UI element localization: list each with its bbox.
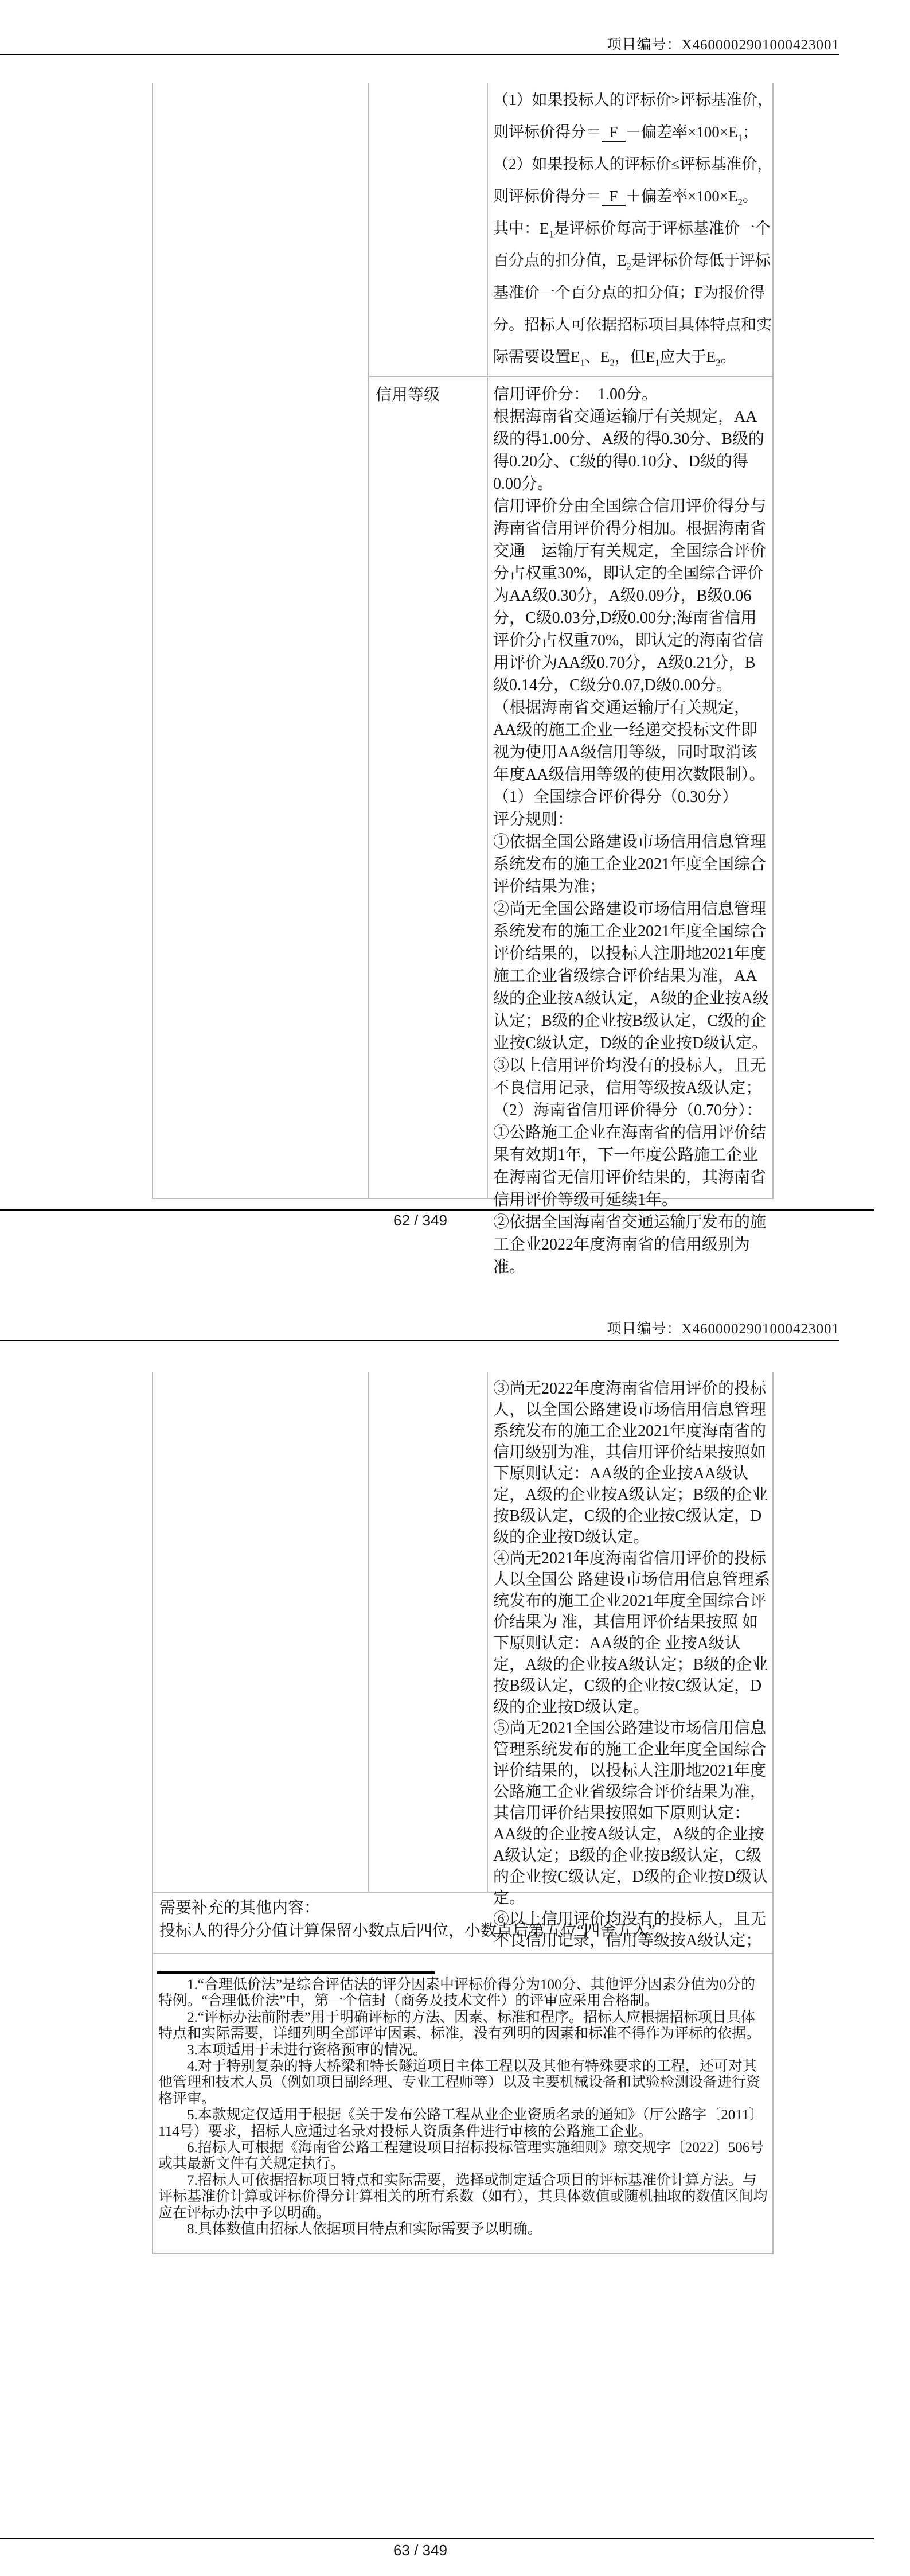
formula-subscript: 1 [580, 357, 585, 368]
formula-run: 是评标价每低于评标 [631, 252, 771, 269]
formula-line: 则评标价得分＝ F －偏差率×100×E1； [493, 116, 770, 148]
formula-run: －偏差率×100×E [626, 123, 737, 141]
paragraph: 7.招标人可依据招标项目特点和实际需要，选择或制定适合项目的评标基准价计算方法。… [158, 2173, 768, 2221]
table2-border-left [152, 1372, 153, 1892]
paragraph: 信用评价分： 1.00分。 [493, 383, 771, 406]
table1-row-divider [368, 376, 774, 377]
formula-underlined-term: F [602, 123, 626, 141]
table2-lower-border-left [152, 1892, 153, 2253]
notes-cell: 1.“合理低价法”是综合评估法的评分因素中评标价得分为100分、其他评分因素分值… [158, 1977, 768, 2238]
formula-run: ，但E [615, 348, 655, 365]
formula-subscript: 2 [610, 357, 614, 368]
paragraph: 4.对于特别复杂的特大桥梁和特长隧道项目主体工程以及其他有特殊要求的工程，还可对… [158, 2059, 768, 2107]
table1-border-left [152, 83, 153, 1198]
table2-border-col3 [487, 1372, 488, 1892]
formula-subscript: 2 [627, 260, 631, 271]
formula-line: 则评标价得分＝ F ＋偏差率×100×E2。 [493, 180, 770, 212]
page2-number: 63 / 349 [363, 2542, 478, 2559]
paragraph: 根据海南省交通运输厅有关规定，AA级的得1.00分、A级的得0.30分、B级的得… [493, 406, 771, 495]
paragraph: （根据海南省交通运输厅有关规定，AA级的施工企业一经递交投标文件即视为使用AA级… [493, 696, 771, 786]
formula-run: 。 [721, 348, 736, 365]
formula-underlined-term: F [602, 188, 626, 205]
page1-header-project-number: 项目编号：X4600002901000423001 [516, 33, 839, 54]
paragraph: 信用评价分由全国综合信用评价得分与海南省信用评价得分相加。根据海南省交通 运输厅… [493, 495, 771, 696]
formula-subscript: 2 [737, 196, 742, 207]
formula-subscript: 1 [549, 228, 554, 239]
supplement-cell: 需要补充的其他内容： 投标人的得分分值计算保留小数点后四位，小数点后第五位“四舍… [159, 1897, 744, 1943]
formula-line: 百分点的扣分值，E2是评标价每低于评标 [493, 244, 770, 277]
formula-subscript: 2 [716, 357, 720, 368]
table2-border-bottom [152, 2253, 774, 2254]
formula-line: （2）如果投标人的评标价≤评标基准价， [493, 148, 770, 180]
paragraph: 5.本款规定仅适用于根据《关于发布公路工程从业企业资质名录的通知》（厅公路字〔2… [158, 2107, 768, 2140]
paragraph: 评分规则： [493, 808, 771, 831]
paragraph: ①公路施工企业在海南省的信用评价结果有效期1年，下一年度公路施工企业在海南省无信… [493, 1122, 771, 1211]
paragraph: ④尚无2021年度海南省信用评价的投标人以全国公 路建设市场信用信息管理系统发布… [493, 1548, 771, 1718]
formula-run: 则评标价得分＝ [493, 123, 602, 141]
paragraph: ⑤尚无2021全国公路建设市场信用信息管理系统发布的施工企业年度全国综合评价结果… [493, 1718, 771, 1909]
formula-run: 分。招标人可依据招标项目具体特点和实 [493, 316, 772, 333]
credit-rating-cell-continued: ③尚无2022年度海南省信用评价的投标人，以全国公路建设市场信用信息管理系统发布… [493, 1378, 771, 1951]
paragraph: 2.“评标办法前附表”用于明确评标的方法、因素、标准和程序。招标人应根据招标项目… [158, 2010, 768, 2042]
notes-separator-bar [157, 1971, 435, 1974]
formula-run: 是评标价每高于评标基准价一个 [554, 220, 771, 237]
formula-run: 其中：E [493, 220, 549, 237]
supplement-body: 投标人的得分分值计算保留小数点后四位，小数点后第五位“四舍五入”。 [159, 1920, 744, 1943]
paragraph: 6.招标人可根据《海南省公路工程建设项目招标投标管理实施细则》琼交规字〔2022… [158, 2140, 768, 2173]
formula-run: 百分点的扣分值，E [493, 252, 627, 269]
formula-subscript: 1 [655, 357, 659, 368]
formula-line: （1）如果投标人的评标价>评标基准价， [493, 84, 770, 116]
paragraph: ①依据全国公路建设市场信用信息管理系统发布的施工企业2021年度全国综合评价结果… [493, 831, 771, 898]
formula-run: 应大于E [660, 348, 716, 365]
formula-line: 际需要设置E1、E2，但E1应大于E2。 [493, 341, 770, 373]
formula-cell: （1）如果投标人的评标价>评标基准价，则评标价得分＝ F －偏差率×100×E1… [493, 84, 770, 373]
page1-header-rule [0, 54, 839, 55]
paragraph: （2）海南省信用评价得分（0.70分）： [493, 1099, 771, 1122]
paragraph: 1.“合理低价法”是综合评估法的评分因素中评标价得分为100分、其他评分因素分值… [158, 1977, 768, 2010]
table1-border-right [772, 83, 774, 1198]
paragraph: ②依据全国海南省交通运输厅发布的施工企业2022年度海南省的信用级别为准。 [493, 1211, 771, 1278]
page1-number: 62 / 349 [363, 1212, 478, 1229]
paragraph: （1）全国综合评价得分（0.30分） [493, 786, 771, 808]
formula-line: 分。招标人可依据招标项目具体特点和实 [493, 309, 770, 341]
document-canvas: 项目编号：X4600002901000423001 （1）如果投标人的评标价>评… [0, 0, 910, 2576]
formula-line: 基准价一个百分点的扣分值；F为报价得 [493, 277, 770, 309]
page2-header-rule [0, 1340, 839, 1341]
page2-header-project-number: 项目编号：X4600002901000423001 [516, 1317, 839, 1338]
paragraph: 3.本项适用于未进行资格预审的情况。 [158, 2042, 768, 2059]
paragraph: ②尚无全国公路建设市场信用信息管理系统发布的施工企业2021年度全国综合评价结果… [493, 898, 771, 1054]
paragraph: ③以上信用评价均没有的投标人，且无不良信用记录，信用等级按A级认定； [493, 1054, 771, 1099]
paragraph: ③尚无2022年度海南省信用评价的投标人，以全国公路建设市场信用信息管理系统发布… [493, 1378, 771, 1548]
formula-run: 则评标价得分＝ [493, 188, 602, 205]
formula-run: 际需要设置E [493, 348, 580, 365]
formula-subscript: 1 [737, 132, 742, 143]
paragraph: 8.具体数值由招标人依据项目特点和实际需要予以明确。 [158, 2221, 768, 2238]
formula-run: （2）如果投标人的评标价≤评标基准价， [493, 155, 772, 173]
credit-rating-cell: 信用评价分： 1.00分。根据海南省交通运输厅有关规定，AA级的得1.00分、A… [493, 383, 771, 1278]
credit-rating-row-label: 信用等级 [376, 382, 440, 405]
formula-run: ＋偏差率×100×E [626, 188, 737, 205]
formula-run: （1）如果投标人的评标价>评标基准价， [493, 91, 773, 108]
formula-run: 基准价一个百分点的扣分值；F为报价得 [493, 284, 765, 301]
table2-border-right [772, 1372, 774, 1892]
table2-border-col2 [368, 1372, 369, 1892]
table1-border-col2 [368, 83, 369, 1198]
page2-footer-rule [0, 2538, 874, 2539]
formula-line: 其中：E1是评标价每高于评标基准价一个 [493, 212, 770, 244]
table2-lower-border-right [772, 1892, 774, 2253]
formula-run: 。 [743, 188, 758, 205]
formula-run: 、E [585, 348, 610, 365]
supplement-title: 需要补充的其他内容： [159, 1897, 744, 1920]
table1-border-col3 [487, 83, 488, 1198]
table2-row-divider-2 [152, 1953, 774, 1954]
formula-run: ； [743, 123, 758, 141]
page1-footer-rule [0, 1209, 874, 1211]
